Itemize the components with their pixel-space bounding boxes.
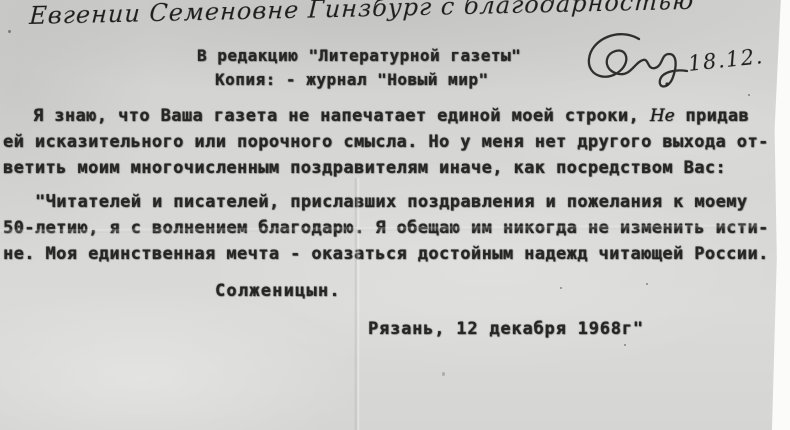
paragraph-2-line-1: "Читателей и писателей, приславших поздр…: [3, 189, 769, 215]
ink-speck: [646, 283, 648, 285]
handwritten-insert-ne: Не: [650, 106, 675, 126]
addressee-line-1: В редакцию "Литературной газеты": [197, 46, 521, 65]
paragraph-1-line-1: Я знаю, что Ваша газета не напечатает ед…: [3, 103, 769, 129]
typed-signature: Солженицын.: [215, 281, 341, 301]
ink-speck: [748, 94, 750, 96]
paragraph-1-line-3: ветить моим многочисленным поздравителям…: [3, 155, 769, 181]
scan-edge: [768, 0, 790, 430]
scanned-letter: Евгении Семеновне Гинзбург с благодарнос…: [0, 0, 790, 430]
paragraph-1-line-1-pre: Я знаю, что Ваша газета не напечатает ед…: [33, 106, 650, 126]
dateline: Рязань, 12 декабря 1968г": [368, 319, 644, 339]
paragraph-1: Я знаю, что Ваша газета не напечатает ед…: [3, 103, 769, 181]
ink-speck: [560, 287, 562, 289]
ink-speck: [8, 30, 11, 33]
handwritten-dedication: Евгении Семеновне Гинзбург с благодарнос…: [29, 0, 695, 30]
paragraph-1-line-1-post: придав: [675, 106, 749, 126]
handwritten-signature-flourish-icon: [579, 27, 704, 93]
vertical-fold-crease: [354, 178, 360, 430]
ink-speck: [442, 372, 445, 376]
paragraph-2-line-3: не. Моя единственная мечта - оказаться д…: [3, 241, 769, 267]
addressee-line-2: Копия: - журнал "Новый мир": [215, 70, 489, 89]
paragraph-1-line-2: ей исказительного или порочного смысла. …: [3, 129, 769, 155]
ink-speck: [624, 344, 626, 346]
